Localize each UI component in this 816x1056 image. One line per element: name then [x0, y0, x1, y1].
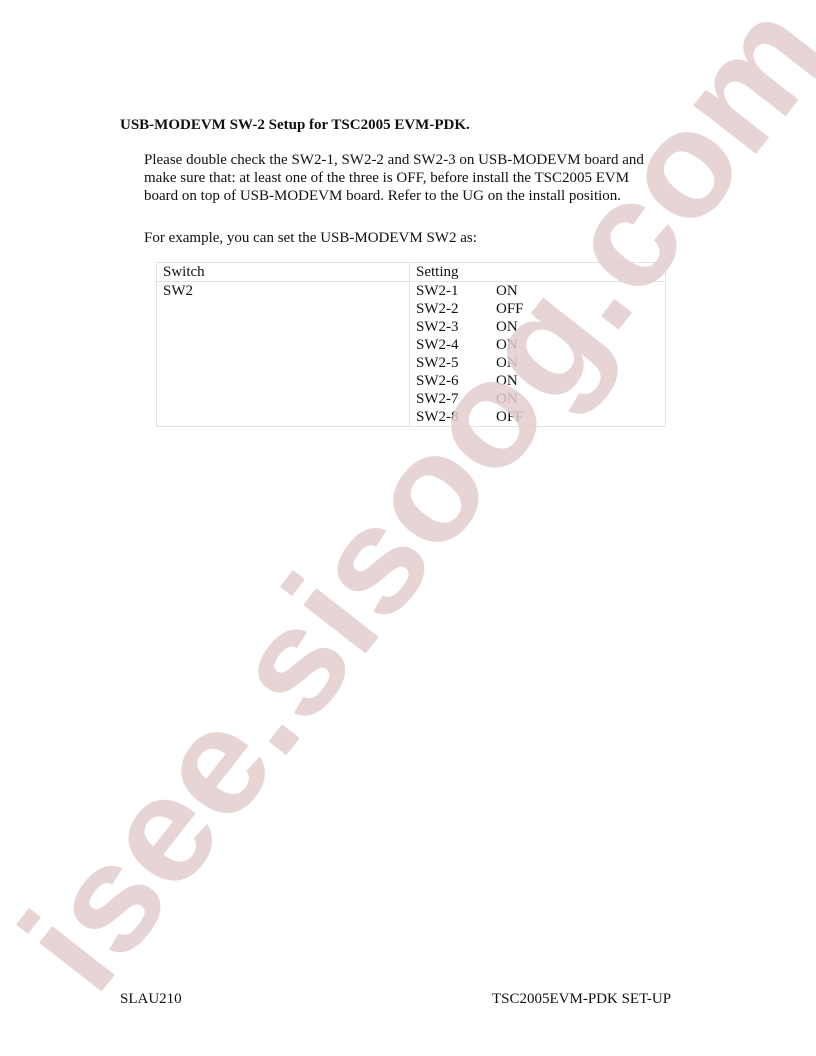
setting-switch: SW2-3 [416, 318, 496, 336]
setting-switch: SW2-5 [416, 354, 496, 372]
setting-switch: SW2-8 [416, 408, 496, 426]
setting-switch: SW2-2 [416, 300, 496, 318]
setting-value: OFF [496, 408, 524, 426]
table-header-row: Switch Setting [157, 263, 666, 282]
instruction-paragraph: Please double check the SW2-1, SW2-2 and… [144, 151, 684, 205]
setting-row: SW2-8 OFF [416, 408, 659, 426]
paragraph-line: board on top of USB-MODEVM board. Refer … [144, 187, 684, 205]
setting-switch: SW2-4 [416, 336, 496, 354]
setting-row: SW2-4 ON [416, 336, 659, 354]
switch-name-cell: SW2 [157, 282, 410, 427]
paragraph-line: Please double check the SW2-1, SW2-2 and… [144, 151, 684, 169]
example-text: For example, you can set the USB-MODEVM … [144, 230, 477, 247]
setting-value: ON [496, 372, 518, 390]
setting-row: SW2-6 ON [416, 372, 659, 390]
setting-value: OFF [496, 300, 524, 318]
footer-title: TSC2005EVM-PDK SET-UP [492, 991, 671, 1008]
setting-value: ON [496, 390, 518, 408]
setting-switch: SW2-7 [416, 390, 496, 408]
setting-value: ON [496, 282, 518, 300]
setting-value: ON [496, 354, 518, 372]
setting-switch: SW2-1 [416, 282, 496, 300]
switch-settings-table: Switch Setting SW2 SW2-1 ON SW2-2 OFF SW… [156, 262, 666, 427]
header-switch: Switch [157, 263, 410, 282]
setting-value: ON [496, 336, 518, 354]
setting-row: SW2-3 ON [416, 318, 659, 336]
header-setting: Setting [410, 263, 666, 282]
settings-cell: SW2-1 ON SW2-2 OFF SW2-3 ON SW2-4 ON SW2… [410, 282, 666, 427]
paragraph-line: make sure that: at least one of the thre… [144, 169, 684, 187]
setting-row: SW2-2 OFF [416, 300, 659, 318]
document-page: USB-MODEVM SW-2 Setup for TSC2005 EVM-PD… [0, 0, 816, 1056]
footer-doc-id: SLAU210 [120, 991, 182, 1008]
setting-row: SW2-7 ON [416, 390, 659, 408]
setting-row: SW2-1 ON [416, 282, 659, 300]
setting-switch: SW2-6 [416, 372, 496, 390]
table-row: SW2 SW2-1 ON SW2-2 OFF SW2-3 ON SW2-4 ON [157, 282, 666, 427]
setting-value: ON [496, 318, 518, 336]
section-heading: USB-MODEVM SW-2 Setup for TSC2005 EVM-PD… [120, 117, 470, 134]
setting-row: SW2-5 ON [416, 354, 659, 372]
